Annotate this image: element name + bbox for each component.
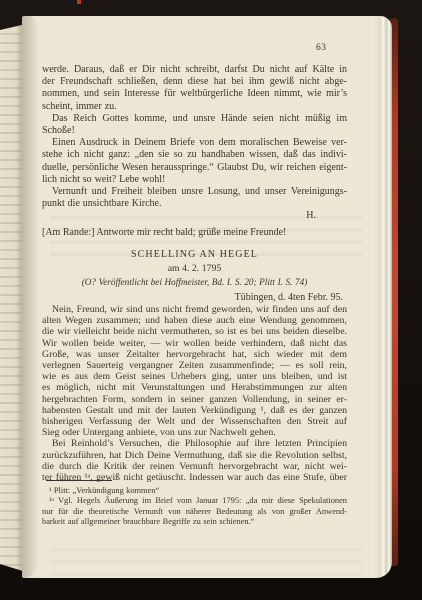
signature: H. <box>42 210 347 222</box>
letter-title: SCHELLING AN HEGEL <box>42 248 347 261</box>
text-line: punkt die unsichtbare Kirche. <box>42 198 347 210</box>
paragraph: werde. Daraus, daß er Dir nicht schreibt… <box>42 64 347 113</box>
text-line: habensten Gestalt und mit der lauten Ver… <box>42 405 347 416</box>
paragraph: Das Reich Gottes komme, und unsre Hände … <box>42 113 347 137</box>
text-line: die wir vielleicht beide nicht vermuthet… <box>42 326 347 337</box>
text-line: wie es aus dem Geist seines Urhebers gin… <box>42 371 347 382</box>
text-line: verlegnen Sauerteig vergangner Zeiten zu… <box>42 360 347 371</box>
text-line: Einen Ausdruck in Deinem Briefe von dem … <box>42 137 347 149</box>
dateline: Tübingen, d. 4ten Febr. 95. <box>42 292 347 303</box>
footnote-1: ¹ Plitt: „Verkündigung kommen“ <box>42 486 347 496</box>
text-line: barkeit auf allgemeiner brauchbare Begri… <box>42 517 347 527</box>
footnote-rule <box>46 480 112 481</box>
text-line: Nein, Freund, wir sind uns nicht fremd g… <box>42 304 347 315</box>
text-line: der Freundschaft schließen, denn diese h… <box>42 76 347 88</box>
text-line: stehe ich nicht ganz: „den sie so zu han… <box>42 149 347 161</box>
text-line: Sieg oder Untergang anbiete, von uns zur… <box>42 427 347 438</box>
cover-red-tick <box>77 0 81 4</box>
margin-note: [Am Rande:] Antworte mir recht bald; grü… <box>42 227 347 239</box>
text-line: Wir wollen beide weiter, — wir wollen be… <box>42 338 347 349</box>
paragraph: Bei Reinhold’s Versuchen, die Philosophi… <box>42 438 347 483</box>
letter-body: Nein, Freund, wir sind uns nicht fremd g… <box>42 304 347 483</box>
book-page: 63 werde. Daraus, daß er Dir nicht schre… <box>22 16 392 578</box>
text-line: ter führen ¹ᵃ, gewiß nicht getäuscht. In… <box>42 472 347 483</box>
letter-date: am 4. 2. 1795 <box>42 262 347 275</box>
text-line: nur für die theoretische Vernunft von nä… <box>42 507 347 517</box>
text-line: die durch die Kritik der reinen Vernunft… <box>42 461 347 472</box>
verso-showthrough <box>50 544 362 582</box>
text-line: nommen, und sein Interesse für weltbürge… <box>42 88 347 100</box>
text-line: Bei Reinhold’s Versuchen, die Philosophi… <box>42 438 347 449</box>
text-line: alten Wegen zusammen; und haben diese au… <box>42 315 347 326</box>
book-photo: 63 werde. Daraus, daß er Dir nicht schre… <box>0 0 422 600</box>
previous-letter-end: werde. Daraus, daß er Dir nicht schreibt… <box>42 64 347 239</box>
paragraph: Nein, Freund, wir sind uns nicht fremd g… <box>42 304 347 438</box>
letter-source-note: (O? Veröffentlicht bei Hoffmeister, Bd. … <box>42 276 347 288</box>
paragraph: Einen Ausdruck in Deinem Briefe von dem … <box>42 137 347 186</box>
text-line: es möglich, nicht mit Verunstaltungen un… <box>42 382 347 393</box>
text-line: zurückzuführen, hat Dich Deine Vermuthun… <box>42 450 347 461</box>
text-line: ¹ᵃ Vgl. Hegels Äußerung im Brief vom Jan… <box>42 496 347 506</box>
page-number: 63 <box>316 43 327 53</box>
footnotes: ¹ Plitt: „Verkündigung kommen“ ¹ᵃ Vgl. H… <box>42 486 347 527</box>
text-line: lich nicht so weit? Lebe wohl! <box>42 174 347 186</box>
text-line: bisherigen Verfassung der Welt und der W… <box>42 416 347 427</box>
letter-heading: SCHELLING AN HEGEL am 4. 2. 1795 (O? Ver… <box>42 248 347 288</box>
text-line: werde. Daraus, daß er Dir nicht schreibt… <box>42 64 347 76</box>
text-line: scheint, immer zu. <box>42 101 347 113</box>
text-line: hergebrachten Form, sondern in seiner ga… <box>42 394 347 405</box>
text-line: duelle, persönliche Wesen herausspringe.… <box>42 162 347 174</box>
text-line: Große, was unser Zeitalter hervorgebrach… <box>42 349 347 360</box>
text-line: Das Reich Gottes komme, und unsre Hände … <box>42 113 347 137</box>
text-line: Vernunft und Freiheit bleiben unsre Losu… <box>42 186 347 198</box>
paragraph: Vernunft und Freiheit bleiben unsre Losu… <box>42 186 347 210</box>
footnote-1a: ¹ᵃ Vgl. Hegels Äußerung im Brief vom Jan… <box>42 496 347 527</box>
